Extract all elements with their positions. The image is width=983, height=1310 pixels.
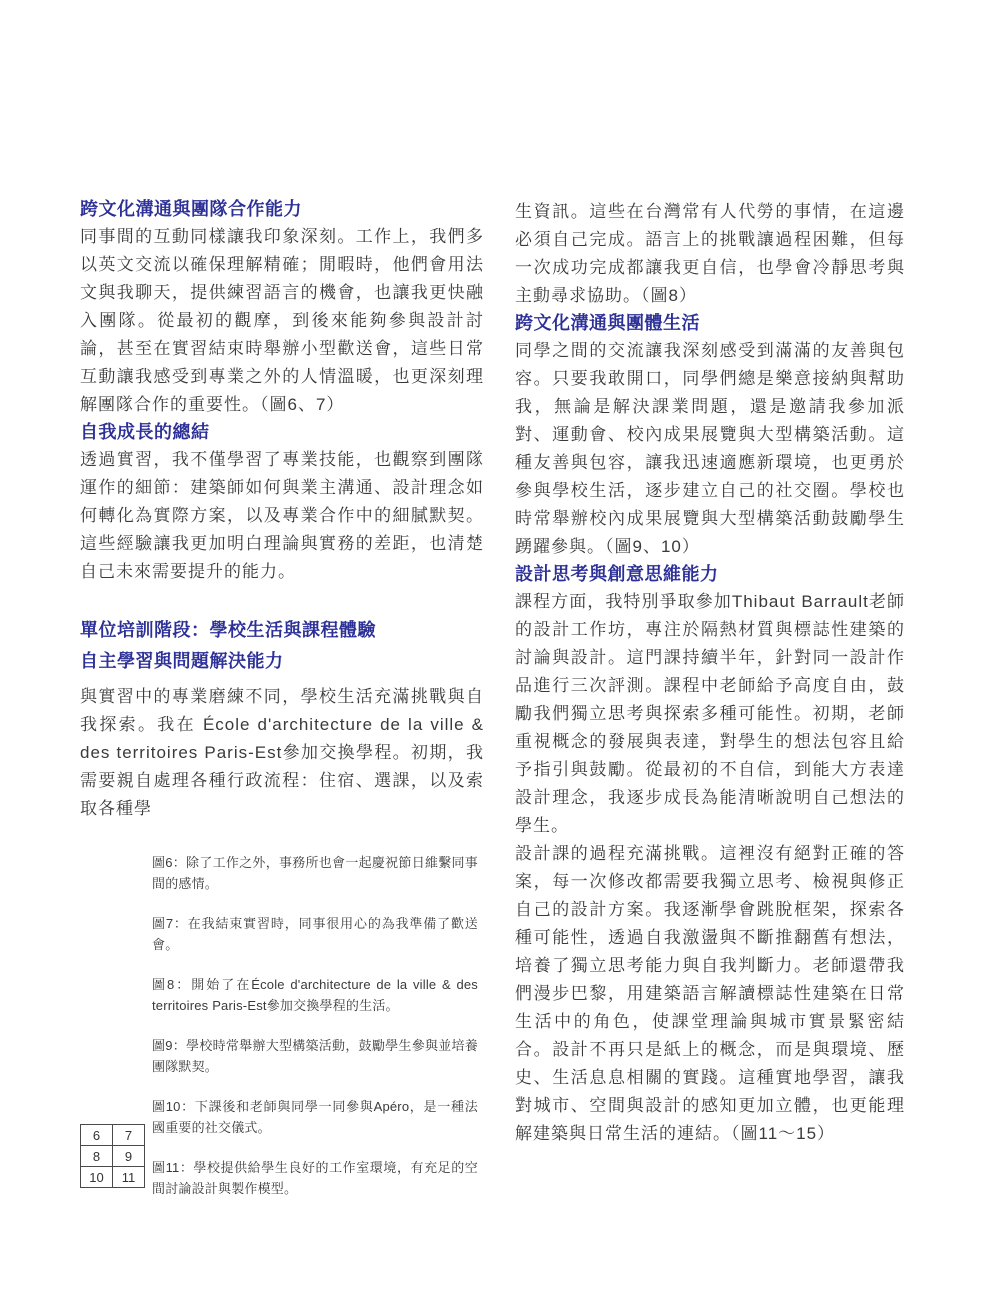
figure-number-row: 10 11 [81,1167,145,1188]
figure-caption-9: 圖9：學校時常舉辦大型構築活動，鼓勵學生參與並培養團隊默契。 [152,1035,478,1077]
paragraph-design-workshop: 課程方面，我特別爭取參加Thibaut Barrault老師的設計工作坊，專注於… [515,588,905,840]
left-column: 跨文化溝通與團隊合作能力 同事間的互動同樣讓我印象深刻。工作上，我們多以英文交流… [80,196,484,1199]
section-heading-self-growth: 自我成長的總結 [80,419,484,446]
figure-caption-7: 圖7：在我結束實習時，同事很用心的為我準備了歡送會。 [152,913,478,955]
figure-caption-6: 圖6：除了工作之外，事務所也會一起慶祝節日維繫同事間的感情。 [152,852,478,894]
section-heading-cross-culture-community: 跨文化溝通與團體生活 [515,310,905,337]
figure-number-cell: 11 [113,1167,145,1188]
section-heading-school-stage-line1: 單位培訓階段：學校生活與課程體驗 [80,615,484,646]
figure-number-cell: 7 [113,1125,145,1146]
paragraph-community-life: 同學之間的交流讓我深刻感受到滿滿的友善與包容。只要我敢開口，同學們總是樂意接納與… [515,337,905,561]
figure-number-row: 8 9 [81,1146,145,1167]
paragraph-self-learning-continued: 生資訊。這些在台灣常有人代勞的事情，在這邊必須自己完成。語言上的挑戰讓過程困難，… [515,198,905,310]
figure-number-cell: 9 [113,1146,145,1167]
figure-caption-11: 圖11：學校提供給學生良好的工作室環境，有充足的空間討論設計與製作模型。 [152,1157,478,1199]
figure-number-row: 6 7 [81,1125,145,1146]
section-heading-cross-culture-teamwork: 跨文化溝通與團隊合作能力 [80,196,484,223]
right-column: 生資訊。這些在台灣常有人代勞的事情，在這邊必須自己完成。語言上的挑戰讓過程困難，… [515,198,905,1148]
document-page: 跨文化溝通與團隊合作能力 同事間的互動同樣讓我印象深刻。工作上，我們多以英文交流… [0,0,983,1310]
figure-number-table: 6 7 8 9 10 11 [80,1124,145,1188]
section-heading-school-stage: 單位培訓階段：學校生活與課程體驗 自主學習與問題解決能力 [80,615,484,677]
section-heading-school-stage-line2: 自主學習與問題解決能力 [80,646,484,677]
figure-caption-10: 圖10：下課後和老師與同學一同參與Apéro，是一種法國重要的社交儀式。 [152,1096,478,1138]
figure-caption-8: 圖8：開始了在École d'architecture de la ville … [152,974,478,1016]
paragraph-self-learning: 與實習中的專業磨練不同，學校生活充滿挑戰與自我探索。我在 École d'arc… [80,683,484,823]
figure-number-cell: 10 [81,1167,113,1188]
figure-number-cell: 8 [81,1146,113,1167]
paragraph-teamwork: 同事間的互動同樣讓我印象深刻。工作上，我們多以英文交流以確保理解精確；閒暇時，他… [80,223,484,419]
section-heading-design-thinking: 設計思考與創意思維能力 [515,561,905,588]
paragraph-design-process: 設計課的過程充滿挑戰。這裡沒有絕對正確的答案，每一次修改都需要我獨立思考、檢視與… [515,840,905,1148]
figure-number-cell: 6 [81,1125,113,1146]
paragraph-self-growth: 透過實習，我不僅學習了專業技能，也觀察到團隊運作的細節：建築師如何與業主溝通、設… [80,446,484,586]
figure-captions: 圖6：除了工作之外，事務所也會一起慶祝節日維繫同事間的感情。 圖7：在我結束實習… [152,852,478,1199]
